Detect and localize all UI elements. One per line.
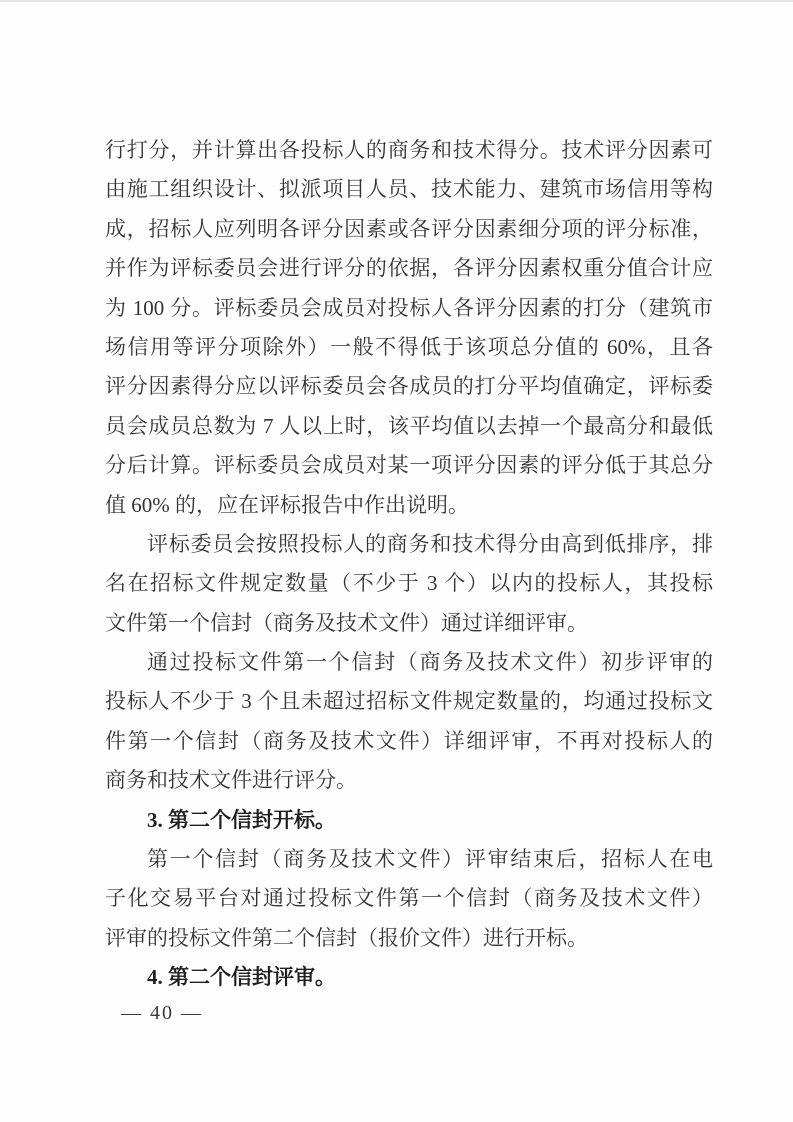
- text-line: 通过投标文件第一个信封（商务及技术文件）初步评审的: [105, 643, 713, 682]
- text-line: 场信用等评分项除外）一般不得低于该项总分值的 60%，且各: [105, 328, 713, 367]
- text-line: 成，招标人应列明各评分因素或各评分因素细分项的评分标准，: [105, 210, 713, 249]
- text-line: 评分因素得分应以评标委员会各成员的打分平均值确定，评标委: [105, 367, 713, 406]
- text-line: 分后计算。评标委员会成员对某一项评分因素的评分低于其总分: [105, 446, 713, 485]
- text-line: 评标委员会按照投标人的商务和技术得分由高到低排序，排: [105, 525, 713, 564]
- text-line: 为 100 分。评标委员会成员对投标人各评分因素的打分（建筑市: [105, 289, 713, 328]
- section-heading: 3. 第二个信封开标。: [105, 801, 713, 840]
- document-body: 行打分，并计算出各投标人的商务和技术得分。技术评分因素可 由施工组织设计、拟派项…: [105, 131, 713, 998]
- text-line: 文件第一个信封（商务及技术文件）通过详细评审。: [105, 604, 713, 643]
- text-line: 并作为评标委员会进行评分的依据，各评分因素权重分值合计应: [105, 249, 713, 288]
- page-number: — 40 —: [121, 999, 203, 1027]
- text-line: 商务和技术文件进行评分。: [105, 761, 713, 800]
- text-line: 投标人不少于 3 个且未超过招标文件规定数量的，均通过投标文: [105, 682, 713, 721]
- text-line: 员会成员总数为 7 人以上时，该平均值以去掉一个最高分和最低: [105, 407, 713, 446]
- text-line: 由施工组织设计、拟派项目人员、技术能力、建筑市场信用等构: [105, 170, 713, 209]
- text-line: 第一个信封（商务及技术文件）评审结束后，招标人在电: [105, 840, 713, 879]
- text-line: 值 60% 的，应在评标报告中作出说明。: [105, 486, 713, 525]
- text-line: 名在招标文件规定数量（不少于 3 个）以内的投标人，其投标: [105, 564, 713, 603]
- text-line: 行打分，并计算出各投标人的商务和技术得分。技术评分因素可: [105, 131, 713, 170]
- text-line: 子化交易平台对通过投标文件第一个信封（商务及技术文件）: [105, 879, 713, 918]
- text-line: 评审的投标文件第二个信封（报价文件）进行开标。: [105, 919, 713, 958]
- document-page: 行打分，并计算出各投标人的商务和技术得分。技术评分因素可 由施工组织设计、拟派项…: [0, 0, 793, 1122]
- text-line: 件第一个信封（商务及技术文件）详细评审，不再对投标人的: [105, 722, 713, 761]
- section-heading: 4. 第二个信封评审。: [105, 958, 713, 997]
